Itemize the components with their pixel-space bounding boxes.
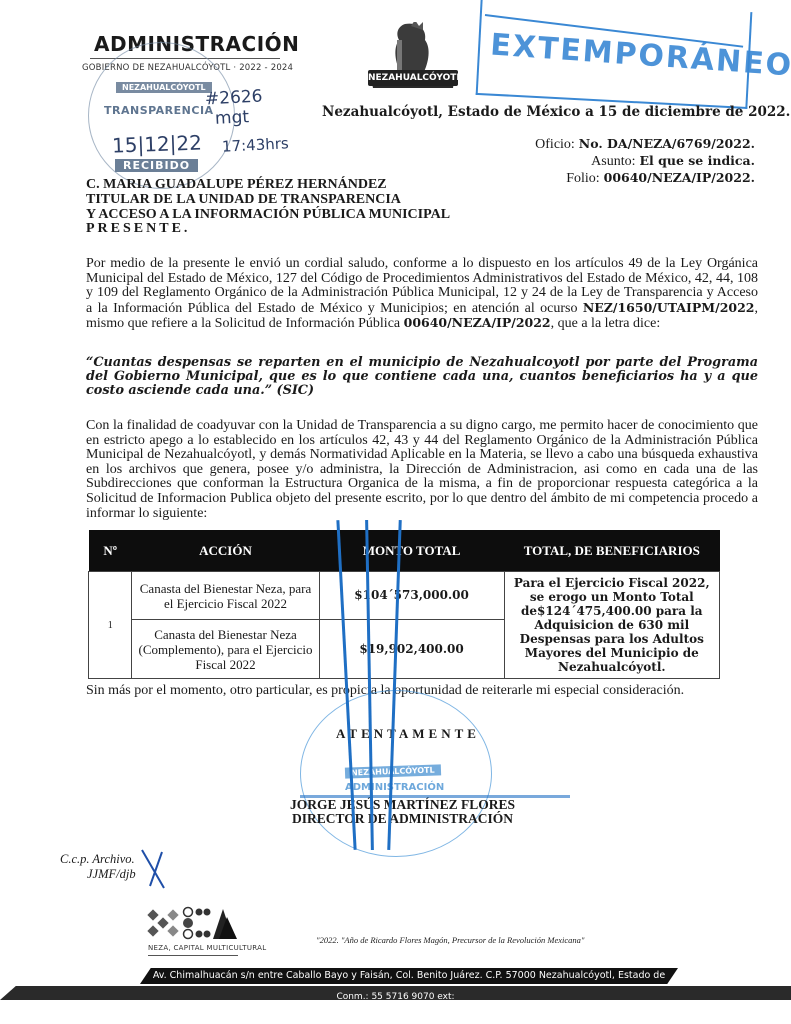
request-folio: 00640/NEZA/IP/2022 [404,315,551,330]
handwritten-time: 17:43hrs [222,134,290,155]
initial-mark-icon [138,848,168,890]
presente: PRESENTE. [86,222,450,237]
logo-label: NEZAHUALCÓYOTL [368,70,458,86]
signatory-title: DIRECTOR DE ADMINISTRACIÓN [280,812,525,826]
stamp-date: 15|12|22 [112,130,203,157]
neza-capital-logo-icon [147,905,239,941]
row-accion: Canasta del Bienestar Neza (Complemento)… [132,620,319,679]
carbon-copy: C.c.p. Archivo. JJMF/djb [60,852,136,882]
col-number: Nº [89,530,132,572]
brand-label: NEZA, CAPITAL MULTICULTURAL [148,944,266,952]
row-beneficiarios: Para el Ejercicio Fiscal 2022, se erogo … [504,572,719,679]
row-accion: Canasta del Bienestar Neza, para el Ejer… [132,572,319,620]
folio-value: 00640/NEZA/IP/2022. [604,170,755,185]
seal-office: ADMINISTRACIÓN [345,782,444,793]
signatory: JORGE JESÚS MARTÍNEZ FLORES DIRECTOR DE … [280,798,525,826]
response-paragraph: Con la finalidad de coadyuvar con la Uni… [86,419,758,521]
recipient-block: C. MARIA GUADALUPE PÉREZ HERNÁNDEZ TITUL… [86,178,450,237]
intro-text-c: , que a la letra dice: [551,316,661,331]
stamp-seal-label: NEZAHUALCÓYOTL [116,82,212,93]
table-row: 1 Canasta del Bienestar Neza, para el Ej… [89,572,720,620]
intro-paragraph: Por medio de la presente le envió un cor… [86,257,758,332]
stamp-office: TRANSPARENCIA [104,104,214,117]
row-number: 1 [89,572,132,679]
logo-years: 2022 2024 [378,62,450,68]
brand-rule [148,955,238,956]
budget-table: Nº ACCIÓN MONTO TOTAL TOTAL, DE BENEFICI… [88,530,720,679]
asunto-label: Asunto: [591,154,635,169]
ccp-initials: JJMF/djb [60,867,136,882]
handwritten-number: #2626 [205,87,263,110]
oficio-line: Oficio: No. DA/NEZA/6769/2022. [535,136,755,153]
folio-label: Folio: [566,171,599,186]
oficio-value: No. DA/NEZA/6769/2022. [579,136,755,151]
handwritten-initials: mgt [214,107,249,129]
ocurso-reference: NEZ/1650/UTAIPM/2022 [583,300,755,315]
address-bar: Av. Chimalhuacán s/n entre Caballo Bayo … [140,968,678,984]
phone-bar: Conm.: 55 5716 9070 ext: [0,986,791,1000]
col-accion: ACCIÓN [132,530,319,572]
logo-year-end: 2024 [437,62,450,68]
row-monto: $104´573,000.00 [319,572,504,620]
salutation: ATENTAMENTE [336,726,480,742]
reference-block: Oficio: No. DA/NEZA/6769/2022. Asunto: E… [535,136,755,187]
recipient-title-2: Y ACCESO A LA INFORMACIÓN PÚBLICA MUNICI… [86,208,450,223]
col-monto: MONTO TOTAL [319,530,504,572]
request-quote: “Cuantas despensas se reparten en el mun… [86,356,758,398]
letter-date: Nezahualcóyotl, Estado de México a 15 de… [322,104,790,120]
asunto-line: Asunto: El que se indica. [535,153,755,170]
asunto-value: El que se indica. [640,153,756,168]
pen-stroke [300,795,570,798]
recipient-title: TITULAR DE LA UNIDAD DE TRANSPARENCIA [86,193,450,208]
oficio-label: Oficio: [535,137,575,152]
recipient-name: C. MARIA GUADALUPE PÉREZ HERNÁNDEZ [86,178,450,193]
signatory-name: JORGE JESÚS MARTÍNEZ FLORES [280,798,525,812]
col-beneficiarios: TOTAL, DE BENEFICIARIOS [504,530,719,572]
logo-year-start: 2022 [378,62,391,68]
ccp-line: C.c.p. Archivo. [60,852,136,867]
stamp-status: RECIBIDO [115,159,198,172]
folio-line: Folio: 00640/NEZA/IP/2022. [535,170,755,187]
year-motto: "2022. "Año de Ricardo Flores Magón, Pre… [316,935,584,945]
table-header-row: Nº ACCIÓN MONTO TOTAL TOTAL, DE BENEFICI… [89,530,720,572]
